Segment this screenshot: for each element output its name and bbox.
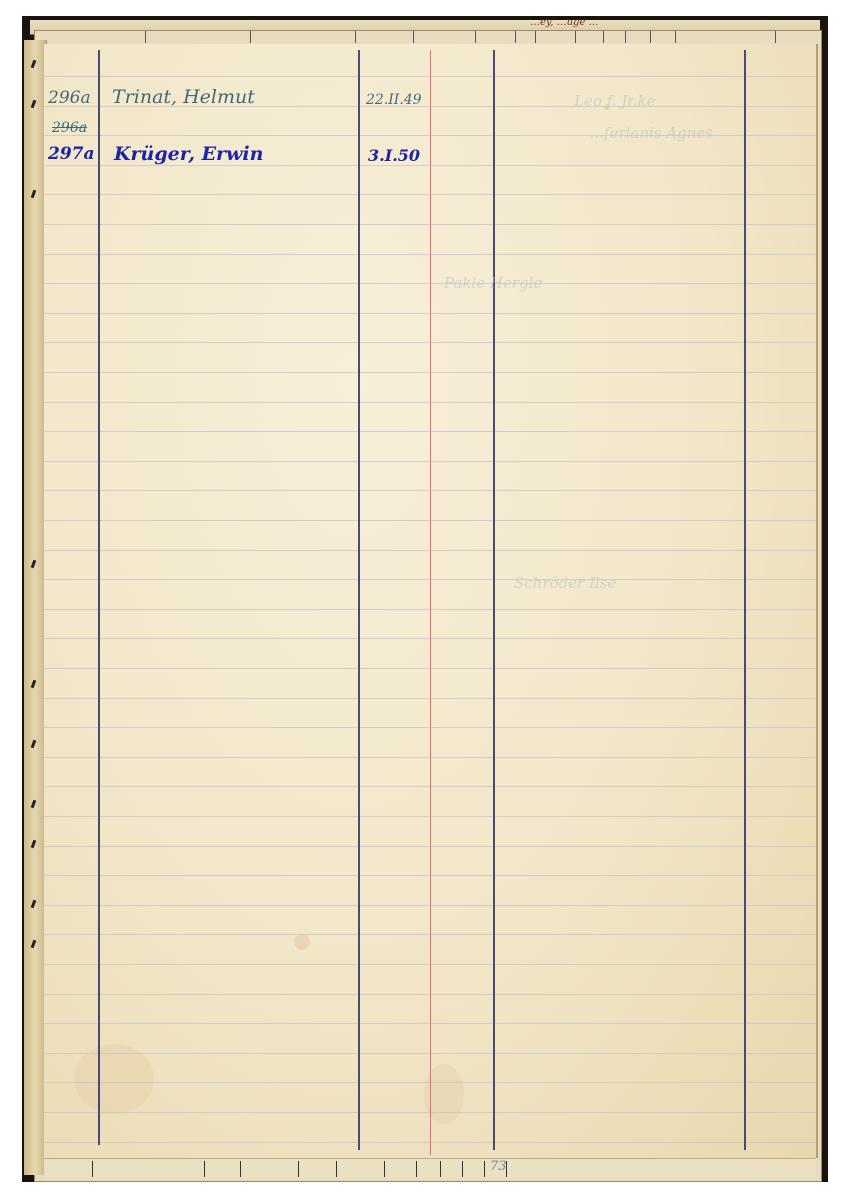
column-line [744, 50, 746, 1150]
entry-name: Trinat, Helmut [112, 86, 255, 108]
ledger-page: Leo f. Jr.ke …ferlanis Agnes Pakle Hergl… [44, 44, 818, 1158]
page-number: 73 [490, 1159, 507, 1174]
bleed-through-text: Leo f. Jr.ke [574, 92, 655, 110]
column-line [358, 50, 360, 1150]
entry-number: 297a [48, 144, 95, 164]
entry-name: Krüger, Erwin [114, 143, 263, 165]
bottom-page-edge: 73 [44, 1158, 816, 1179]
entry-number: 296a [48, 88, 91, 108]
margin-red-line [430, 50, 431, 1155]
top-margin-note: …ey, …uge … [530, 17, 599, 28]
bleed-through-text: …ferlanis Agnes [589, 124, 713, 142]
column-line [98, 50, 100, 1145]
entry-number-struck: 296a [52, 120, 87, 136]
bleed-through-text: Schröder Ilse [514, 574, 616, 592]
entry-date: 22.II.49 [366, 92, 422, 108]
entry-date: 3.I.50 [368, 146, 420, 165]
column-line [493, 50, 495, 1150]
bleed-through-text: Pakle Hergle [444, 274, 542, 292]
